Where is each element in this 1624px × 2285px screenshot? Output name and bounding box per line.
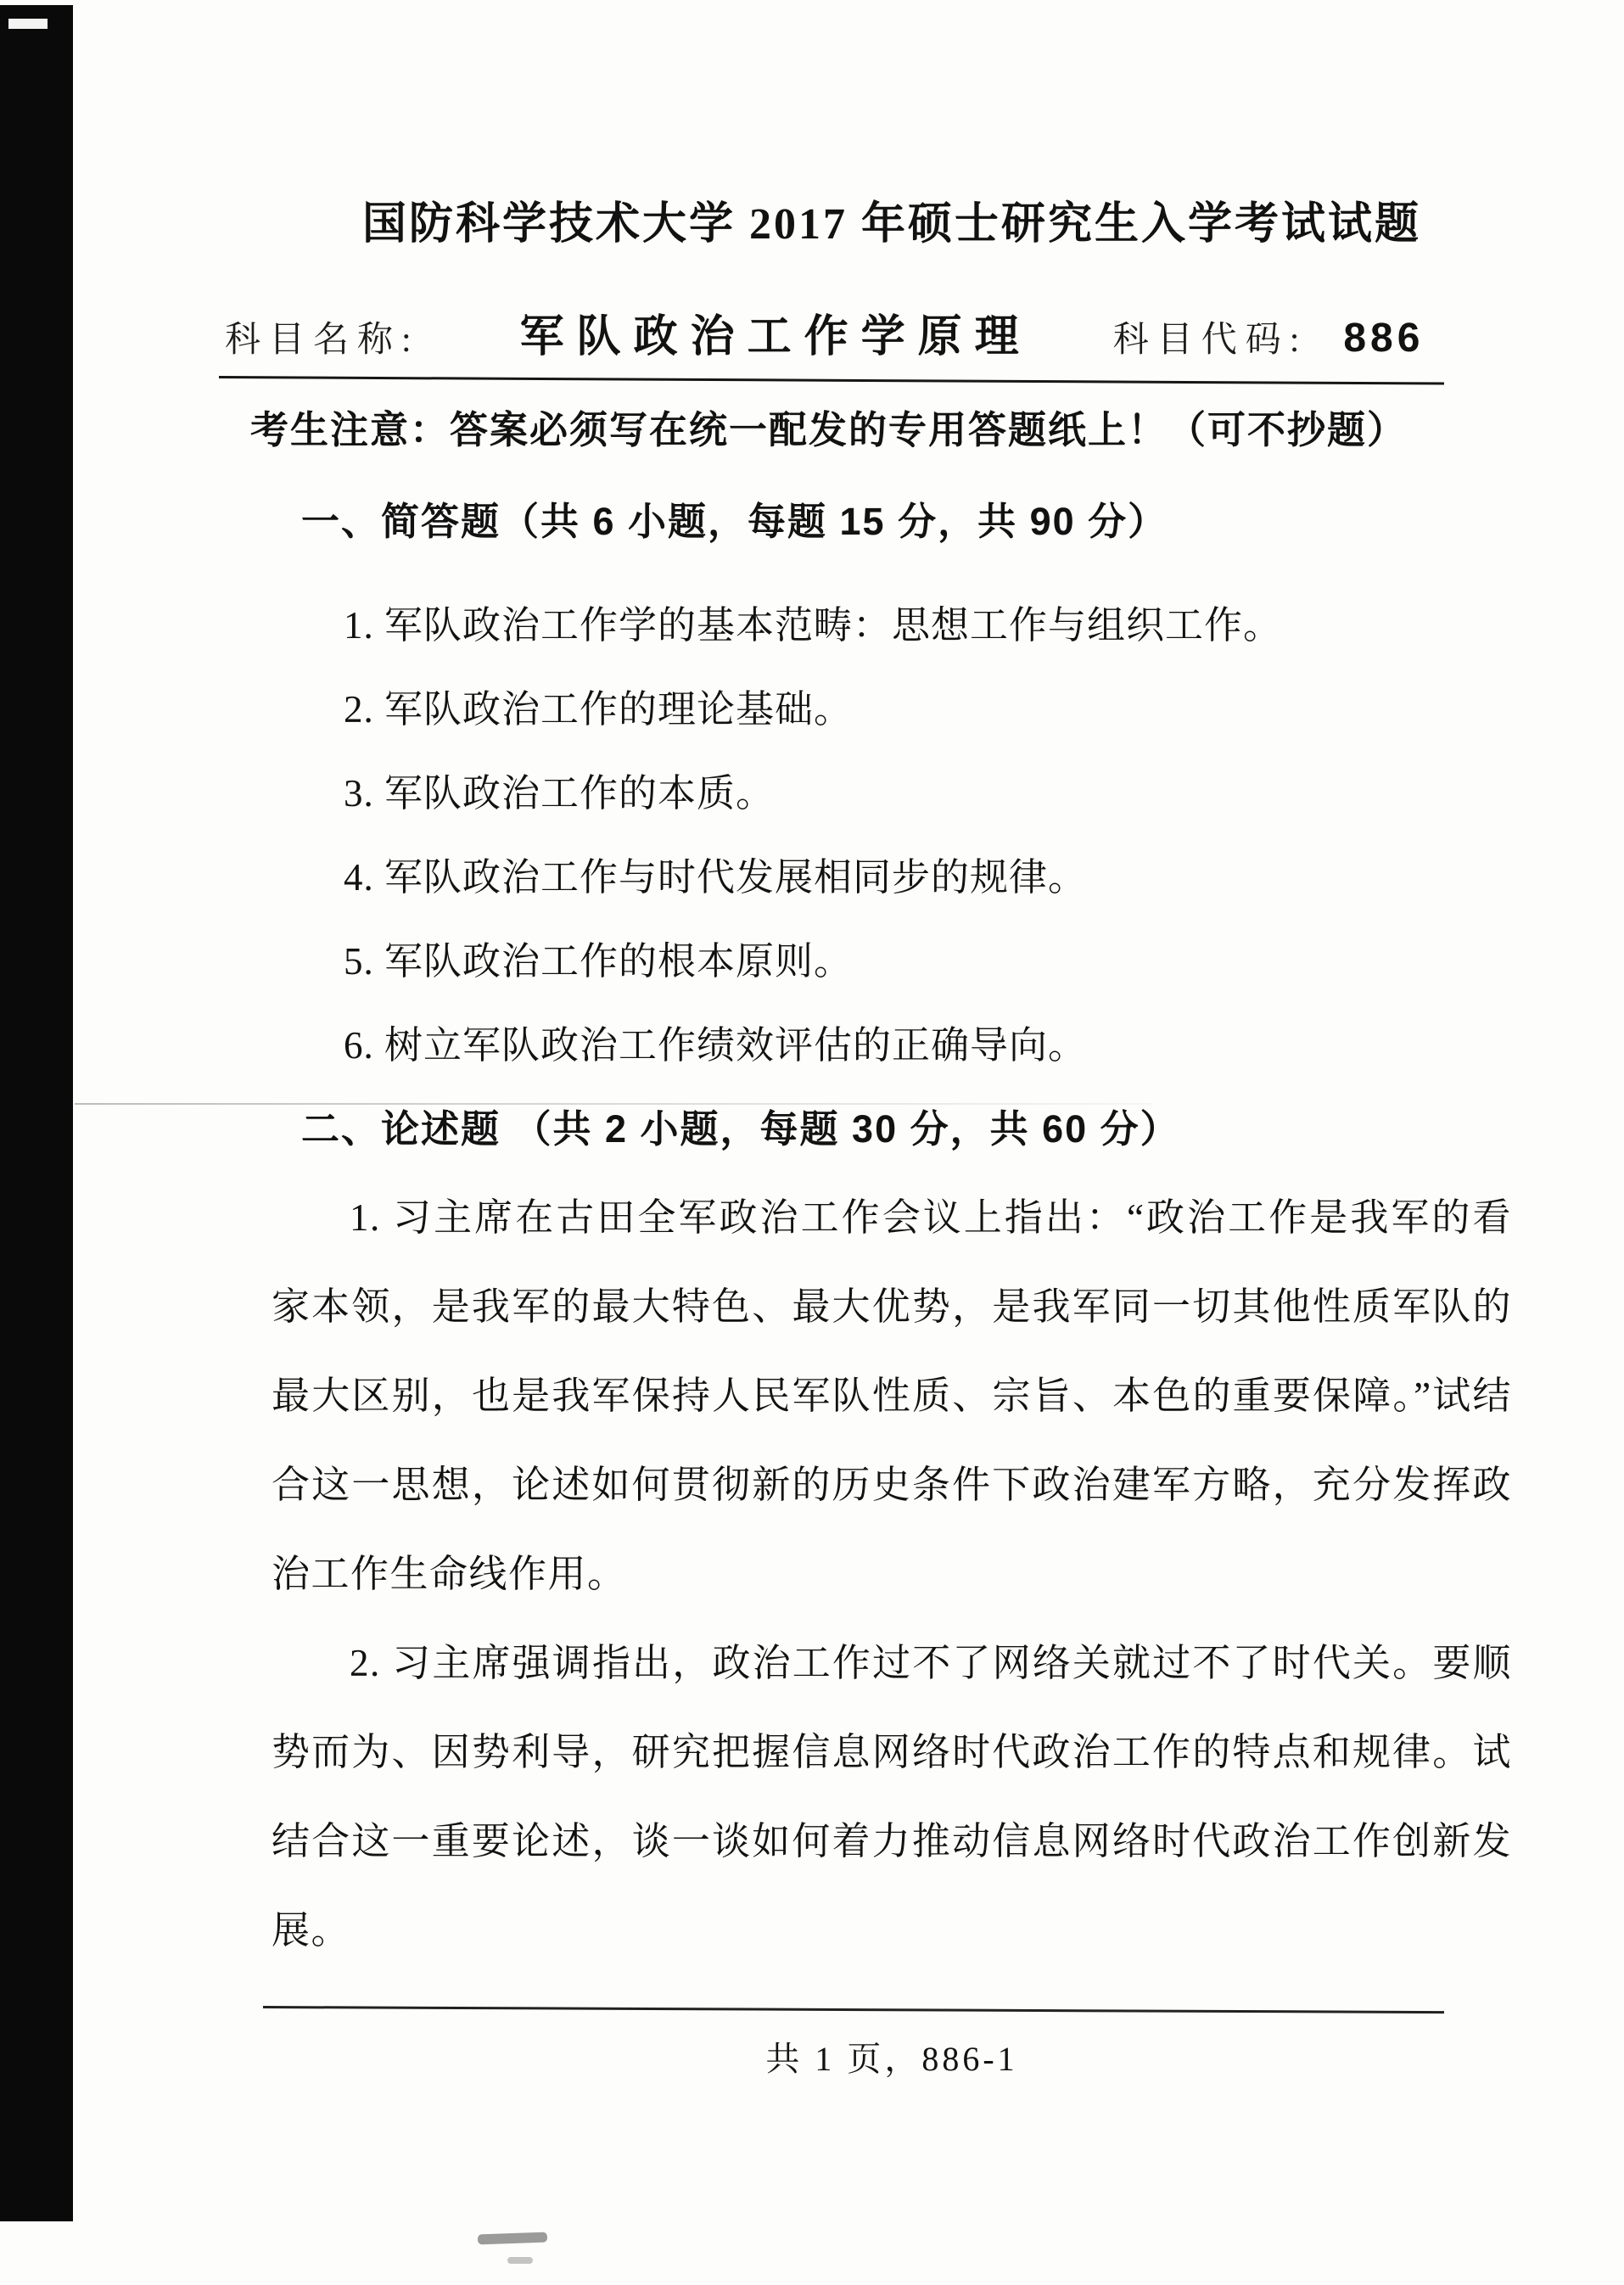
essay-question-1: 1. 习主席在古田全军政治工作会议上指出：“政治工作是我军的看家本领，是我军的最… [272, 1173, 1512, 1619]
essay-question-2: 2. 习主席强调指出，政治工作过不了网络关就过不了时代关。要顺势而为、因势利导，… [272, 1619, 1512, 1975]
scan-smudge-artifact [478, 2232, 547, 2245]
scanner-edge-strip [0, 5, 73, 2221]
page-title: 国防科学技术大学 2017 年硕士研究生入学考试试题 [272, 197, 1512, 253]
question-item-5: 5. 军队政治工作的根本原则。 [344, 936, 1512, 987]
subject-name-label: 科目名称: [225, 311, 420, 362]
scan-notch-artifact [8, 19, 48, 29]
scan-smudge-artifact-small [507, 2257, 533, 2264]
page-content: 国防科学技术大学 2017 年硕士研究生入学考试试题 科目名称: 军队政治工作学… [272, 0, 1512, 2081]
page-number: 共 1 页，886-1 [272, 2032, 1512, 2081]
question-item-3: 3. 军队政治工作的本质。 [344, 768, 1512, 819]
section-1-heading: 一、简答题（共 6 小题，每题 15 分，共 90 分） [272, 496, 1512, 547]
question-item-2: 2. 军队政治工作的理论基础。 [344, 684, 1512, 735]
subject-code-label: 科目代码: [1113, 311, 1308, 362]
header-divider-rule [219, 376, 1444, 385]
section-2-heading: 二、论述题 （共 2 小题，每题 30 分，共 60 分） [272, 1104, 1512, 1155]
footer-divider-rule [263, 2006, 1444, 2013]
short-answer-question-list: 1. 军队政治工作学的基本范畴：思想工作与组织工作。 2. 军队政治工作的理论基… [272, 600, 1512, 1071]
subject-row: 科目名称: 军队政治工作学原理 科目代码: 886 [225, 300, 1512, 364]
subject-code-value: 886 [1343, 315, 1424, 361]
question-item-6: 6. 树立军队政治工作绩效评估的正确导向。 [344, 1020, 1512, 1071]
subject-name-value: 军队政治工作学原理 [520, 300, 1032, 364]
scanned-exam-page: 国防科学技术大学 2017 年硕士研究生入学考试试题 科目名称: 军队政治工作学… [0, 0, 1624, 2285]
question-item-1: 1. 军队政治工作学的基本范畴：思想工作与组织工作。 [344, 600, 1512, 651]
candidate-notice: 考生注意：答案必须写在统一配发的专用答题纸上！（可不抄题） [250, 399, 1512, 454]
question-item-4: 4. 军队政治工作与时代发展相同步的规律。 [344, 852, 1512, 903]
